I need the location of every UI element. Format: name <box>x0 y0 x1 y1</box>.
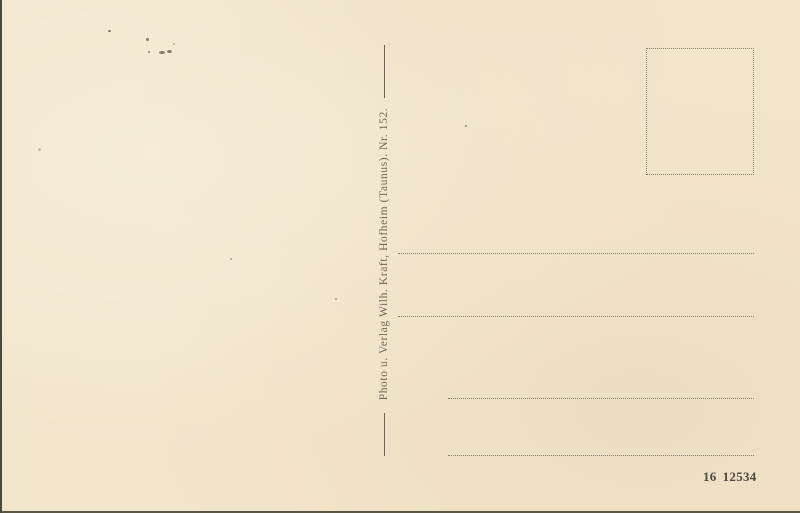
stamp-placement-box <box>646 48 754 175</box>
paper-speck <box>465 125 467 127</box>
serial-series: 16 <box>703 469 717 484</box>
address-line-1 <box>398 253 754 254</box>
paper-speck <box>335 298 337 300</box>
address-line-4 <box>448 455 754 456</box>
paper-speck <box>167 50 172 53</box>
serial-code: 12534 <box>723 469 757 484</box>
paper-speck <box>146 38 149 41</box>
paper-speck <box>230 258 232 260</box>
paper-speck <box>159 51 165 54</box>
publisher-imprint: Photo u. Verlag Wilh. Kraft, Hofheim (Ta… <box>378 108 390 401</box>
paper-speck <box>148 51 150 53</box>
divider-rule-bottom <box>384 413 385 456</box>
address-line-2 <box>398 316 754 317</box>
paper-speck <box>173 43 175 45</box>
paper-speck <box>108 30 111 32</box>
address-line-3 <box>448 398 754 399</box>
paper-speck <box>38 148 41 151</box>
postcard-back: Photo u. Verlag Wilh. Kraft, Hofheim (Ta… <box>0 0 800 513</box>
divider-rule-top <box>384 45 385 98</box>
serial-number: 1612534 <box>703 469 757 485</box>
